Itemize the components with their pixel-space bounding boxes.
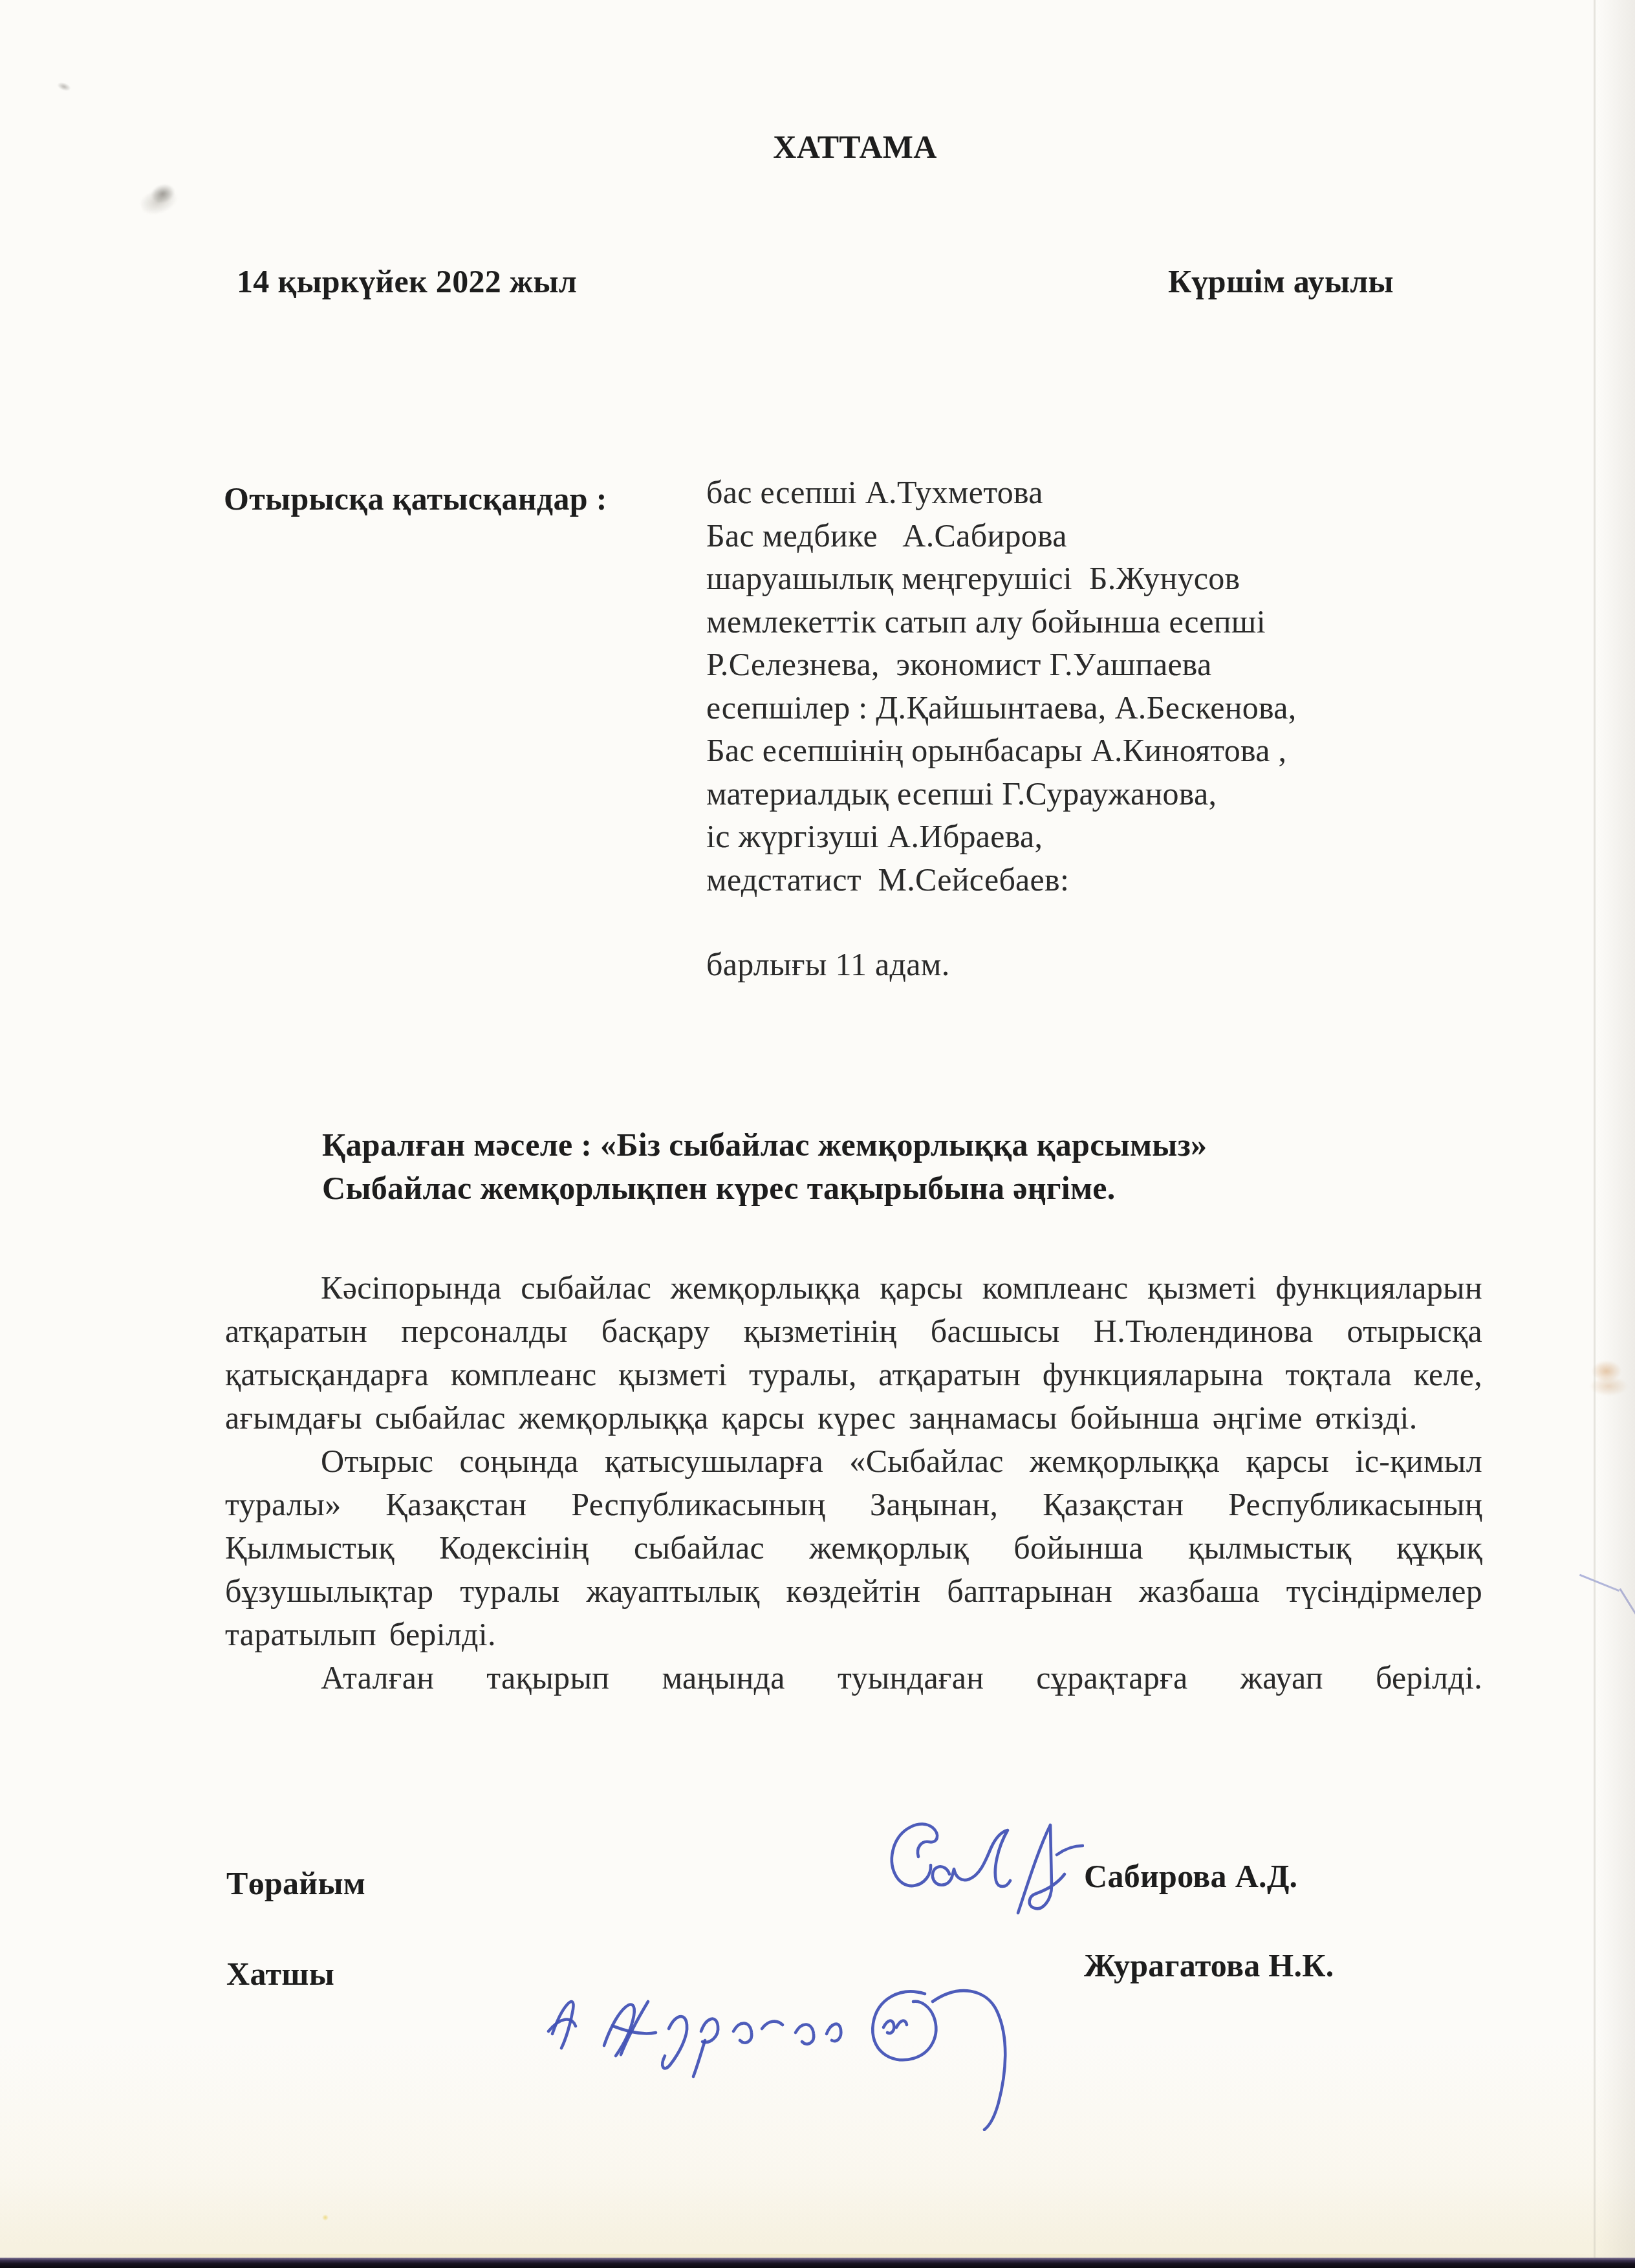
scanned-protocol-document: ХАТТАМА 14 қыркүйек 2022 жыл Күршім ауыл… (0, 0, 1635, 2268)
agenda-line-1: Қаралған мәселе : «Біз сыбайлас жемқорлы… (322, 1123, 1486, 1167)
body-paragraph-1: Кәсіпорында сыбайлас жемқорлыққа қарсы к… (225, 1266, 1482, 1440)
scan-bottom-band (0, 2258, 1635, 2268)
participant-line: шаруашылық меңгерушісі Б.Жунусов (706, 557, 1515, 600)
meeting-location: Күршім ауылы (1168, 263, 1394, 300)
agenda-line-2: Сыбайлас жемқорлықпен күрес тақырыбына ә… (322, 1167, 1486, 1210)
body-paragraph-3: Аталған тақырып маңында туындаған сұрақт… (225, 1656, 1482, 1700)
participant-line: Р.Селезнева, экономист Г.Уашпаева (706, 643, 1515, 686)
signature-role-chair: Төрайым (226, 1864, 365, 1902)
participant-line: есепшілер : Д.Қайшынтаева, А.Бескенова, (706, 686, 1515, 729)
agenda-block: Қаралған мәселе : «Біз сыбайлас жемқорлы… (322, 1123, 1486, 1210)
signature-name-chair: Сабирова А.Д. (1084, 1857, 1297, 1895)
scan-dot-top-left (56, 81, 72, 93)
participants-label: Отырысқа қатысқандар : (224, 480, 607, 517)
scan-smudge-top-left (136, 177, 188, 219)
meeting-date: 14 қыркүйек 2022 жыл (237, 263, 577, 300)
participants-total: барлығы 11 адам. (706, 945, 950, 983)
chair-signature-ink (864, 1809, 1084, 1945)
participant-line: Бас есепшінің орынбасары А.Киноятова , (706, 729, 1515, 772)
participant-line: бас есепші А.Тухметова (706, 471, 1515, 514)
participants-list: бас есепші А.Тухметова Бас медбике А.Саб… (706, 471, 1515, 901)
signature-role-secretary: Хатшы (226, 1955, 334, 1993)
participant-line: іс жүргізуші А.Ибраева, (706, 815, 1515, 858)
scan-edge-shade (1597, 0, 1635, 2268)
body-paragraph-2: Отырыс соңында қатысушыларға «Сыбайлас ж… (225, 1440, 1482, 1656)
scan-speck (322, 2214, 329, 2221)
participant-line: материалдық есепші Г.Сураужанова, (706, 772, 1515, 815)
scan-edge-line (1594, 0, 1596, 2268)
participant-line: медстатист М.Сейсебаев: (706, 858, 1515, 902)
secretary-signature-ink (534, 1937, 1013, 2131)
body-text: Кәсіпорында сыбайлас жемқорлыққа қарсы к… (225, 1266, 1482, 1700)
signature-name-secretary: Журагатова Н.К. (1084, 1947, 1334, 1984)
document-title: ХАТТАМА (226, 128, 1484, 166)
participant-line: Бас медбике А.Сабирова (706, 514, 1515, 557)
participant-line: мемлекеттік сатып алу бойынша есепші (706, 600, 1515, 643)
